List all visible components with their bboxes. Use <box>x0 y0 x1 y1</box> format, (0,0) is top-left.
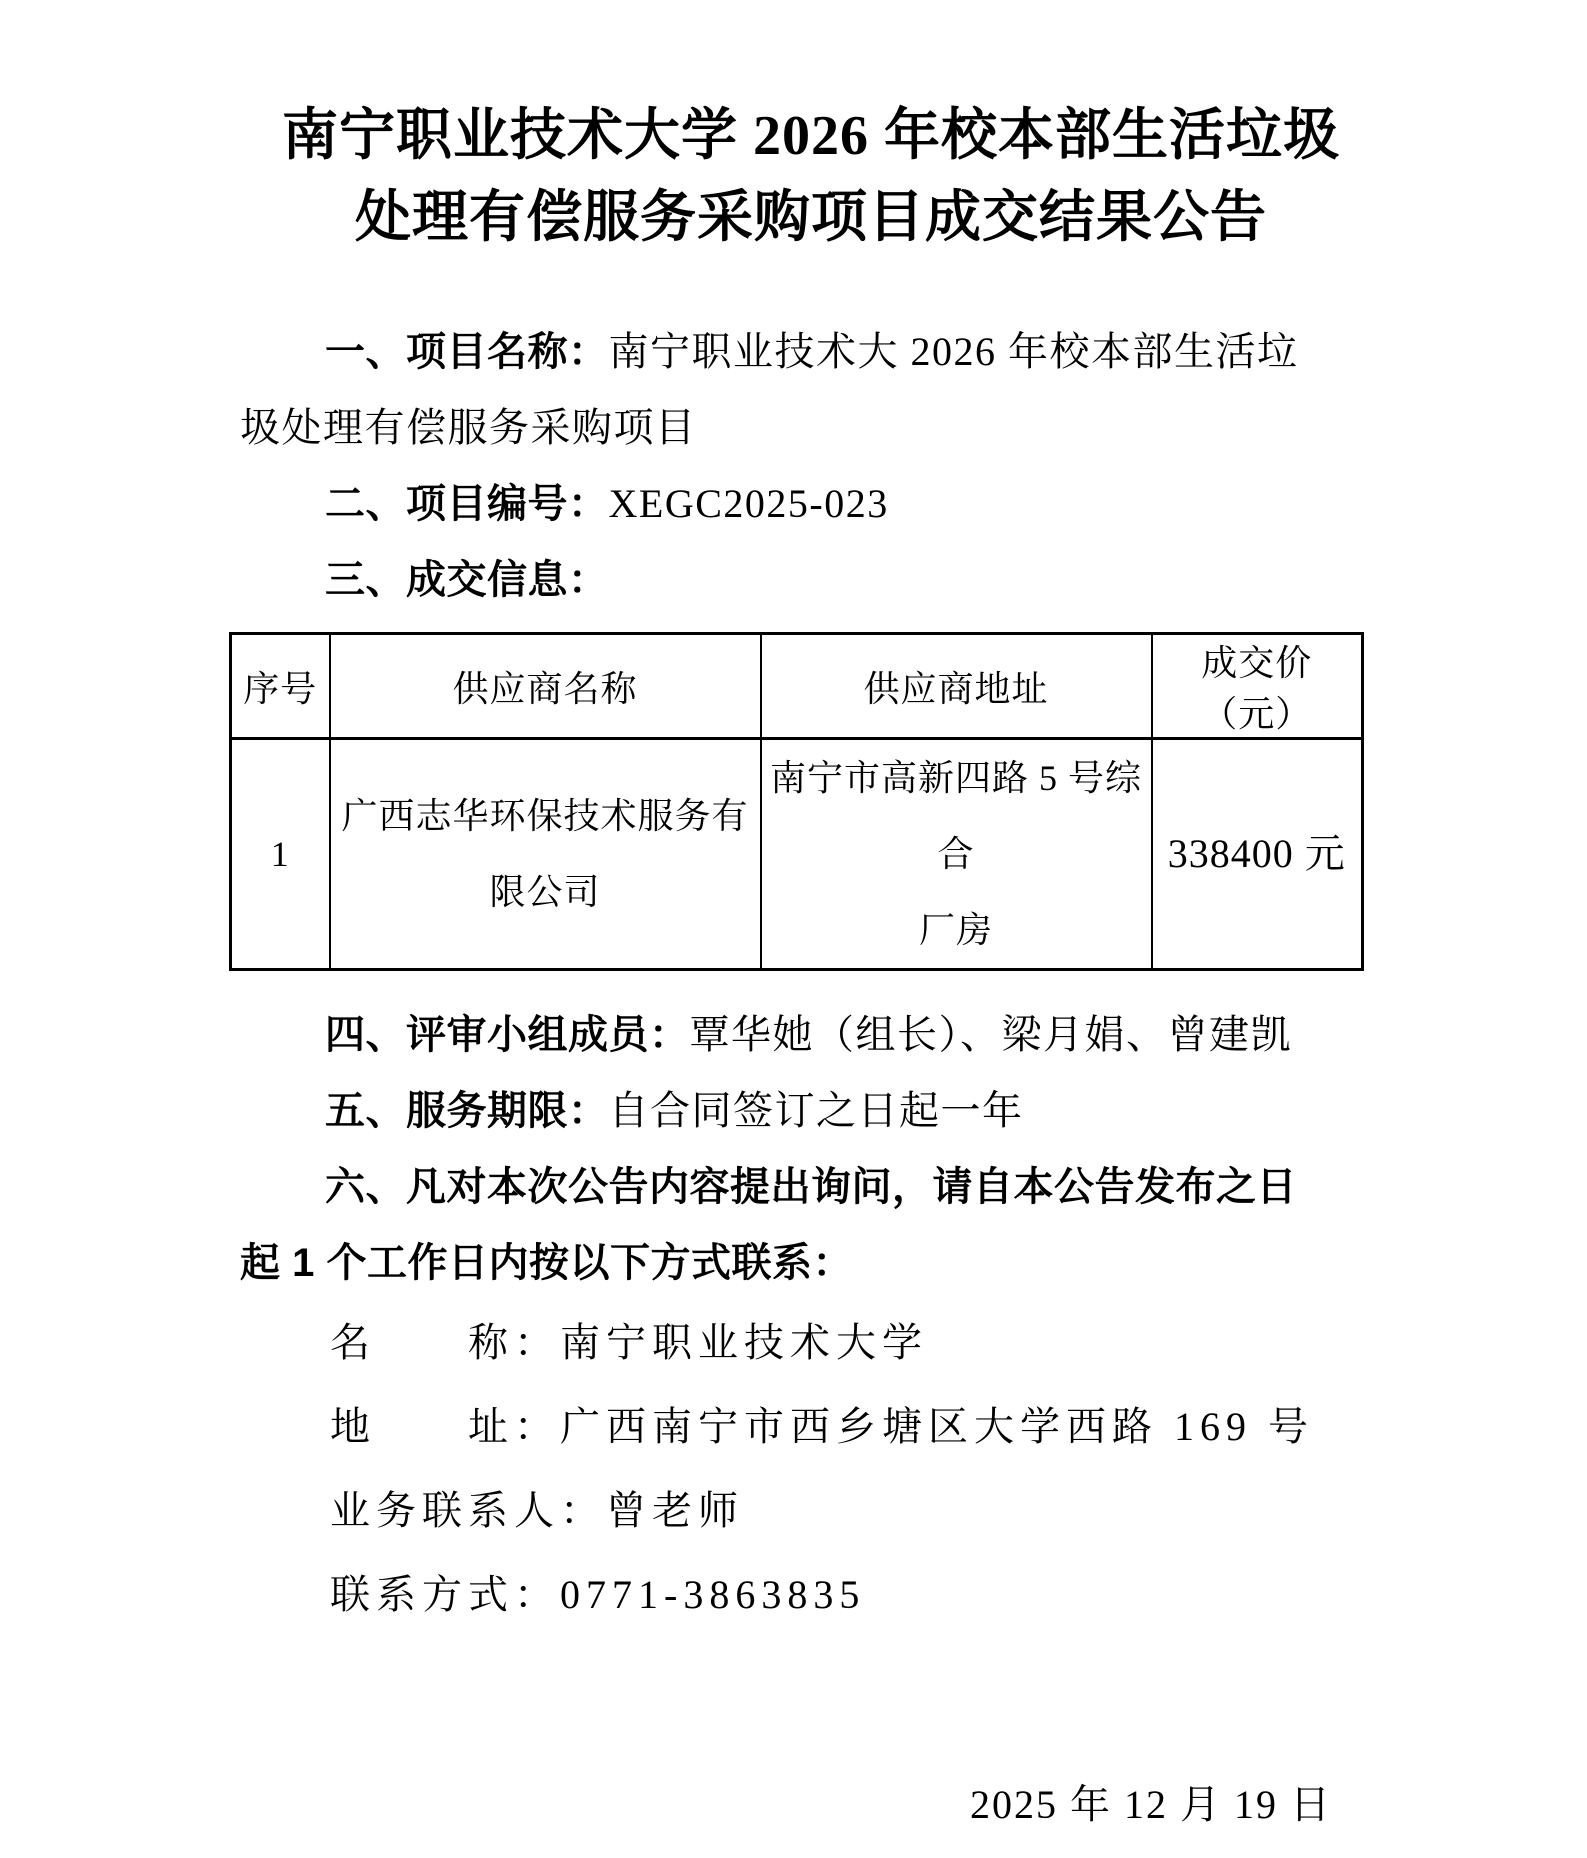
section-inquiry-notice-label: 六、凡对本次公告内容提出询问，请自本公告发布之日 起 1 个工作日内按以下方式联… <box>240 1165 1297 1285</box>
contact-phone: 联系方式：0771-3863835 <box>330 1553 1382 1637</box>
contact-org-address: 地 址：广西南宁市西乡塘区大学西路 169 号 <box>330 1385 1382 1469</box>
section-review-panel-label: 四、评审小组成员： <box>325 1013 690 1057</box>
table-row: 1 广西志华环保技术服务有 限公司 南宁市高新四路 5 号综合 厂房 33840… <box>231 739 1363 970</box>
section-project-number-label: 二、项目编号： <box>325 482 609 526</box>
section-review-panel-value: 覃华她（组长）、梁月娟、曾建凯 <box>690 1012 1293 1057</box>
document-date: 2025 年 12 月 19 日 <box>240 1767 1332 1843</box>
cell-award-price: 338400 元 <box>1152 739 1363 970</box>
section-project-number-value: XEGC2025-023 <box>609 481 889 526</box>
contact-person: 业务联系人：曾老师 <box>330 1469 1382 1553</box>
section-award-info: 三、成交信息： <box>240 542 1382 618</box>
section-service-term: 五、服务期限：自合同签订之日起一年 <box>240 1073 1382 1149</box>
award-table-header-row: 序号 供应商名称 供应商地址 成交价（元） <box>231 634 1363 739</box>
section-service-term-label: 五、服务期限： <box>325 1089 609 1133</box>
page-title: 南宁职业技术大学 2026 年校本部生活垃圾 处理有偿服务采购项目成交结果公告 <box>240 95 1382 259</box>
document-page: 南宁职业技术大学 2026 年校本部生活垃圾 处理有偿服务采购项目成交结果公告 … <box>0 0 1587 1858</box>
section-service-term-value: 自合同签订之日起一年 <box>609 1088 1024 1133</box>
body-sections: 一、项目名称：南宁职业技术大 2026 年校本部生活垃 圾处理有偿服务采购项目 … <box>240 314 1382 1843</box>
page-title-line-1: 南宁职业技术大学 2026 年校本部生活垃圾 <box>240 95 1382 177</box>
header-serial-no: 序号 <box>231 634 330 739</box>
header-supplier-address: 供应商地址 <box>761 634 1152 739</box>
page-title-line-2: 处理有偿服务采购项目成交结果公告 <box>240 177 1382 259</box>
cell-serial-no: 1 <box>231 739 330 970</box>
award-table: 序号 供应商名称 供应商地址 成交价（元） 1 广西志华环保技术服务有 限公司 … <box>229 632 1364 971</box>
header-supplier-name: 供应商名称 <box>330 634 761 739</box>
section-award-info-label: 三、成交信息： <box>325 558 609 602</box>
section-inquiry-notice: 六、凡对本次公告内容提出询问，请自本公告发布之日 起 1 个工作日内按以下方式联… <box>240 1149 1382 1301</box>
contact-org-name: 名 称：南宁职业技术大学 <box>330 1301 1382 1385</box>
cell-supplier-name: 广西志华环保技术服务有 限公司 <box>330 739 761 970</box>
cell-supplier-address: 南宁市高新四路 5 号综合 厂房 <box>761 739 1152 970</box>
section-project-name-label: 一、项目名称： <box>325 330 609 374</box>
header-award-price: 成交价（元） <box>1152 634 1363 739</box>
section-review-panel: 四、评审小组成员：覃华她（组长）、梁月娟、曾建凯 <box>240 997 1382 1073</box>
section-project-number: 二、项目编号：XEGC2025-023 <box>240 466 1382 542</box>
section-project-name: 一、项目名称：南宁职业技术大 2026 年校本部生活垃 圾处理有偿服务采购项目 <box>240 314 1382 466</box>
